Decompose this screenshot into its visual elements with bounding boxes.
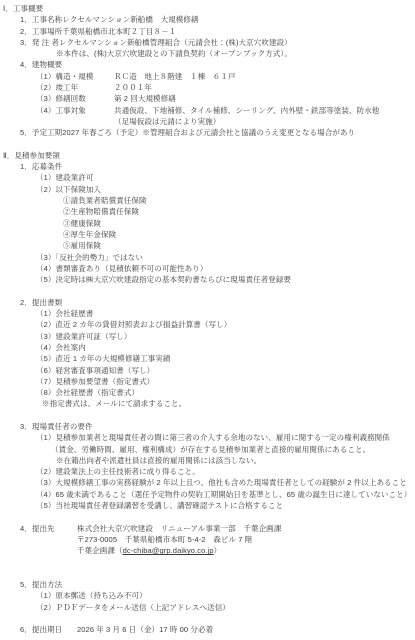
document-item: （2）直近 2 カ年の貸借対照表および損益計算書（写し） [0,319,415,330]
line-text: 2．提出書類 [20,298,62,307]
email-link[interactable]: dc-chiba@grp.daikyo.co.jp [123,546,214,555]
requirement-item: （4）65 歳未満であること（選任予定物件の契約工期開始日を基準とし、65 歳の… [0,489,415,500]
line-text: 4．建物概要 [20,60,62,69]
condition-item: （5）決定時は㈱大京穴吹建設指定の基本契約書ならびに現場責任者登録要 [0,274,415,285]
line-text: 1．応募条件 [20,162,62,171]
structure-line: （1）構造・規模ＲＣ造 地上８階建 １棟 ６１戸 [0,71,415,82]
blank-line [0,285,415,296]
blank-line [0,511,415,522]
line-text: レクセルマンション新船橋 大規模修繕 [62,15,198,24]
line-text: ④厚生年金保険 [63,230,116,239]
project-location-line: 2．工事場所千葉県船橋市北本町２丁目８－１ [0,26,415,37]
blank-line [0,568,415,579]
line-label: 1．工事名称 [20,14,62,25]
requirement-item: （1）見積参加業者と現場責任者の間に第三者の介入する余地のない、雇用に関する一定… [0,432,415,443]
line-label: 3．発 注 者 [20,37,59,48]
heading-section-1: Ⅰ．工事概要 [0,3,415,14]
postal-address-line: 〒273-0005 千葉県船橋市本町 5-4-2 森ビル 7 階 [0,534,415,545]
line-label: （2）竣工年 [36,82,114,93]
line-text: （足場仮設は元請により実施） [114,117,220,126]
document-item: （6）経営審査事項通知書（写し） [0,365,415,376]
line-text: （3）「反社会的勢力」ではない [36,253,143,262]
line-text: ③健康保険 [63,219,101,228]
line-text: （3）建設業許可証（写し） [36,332,131,341]
line-text: ※在籍出向者や派遣社員は直接的雇用関係には該当しない。 [56,456,261,465]
line-label: （4）工事対象 [36,105,114,116]
line-text: （1）原本郵送（持ち込み不可） [36,591,147,600]
line-text: レクセルマンション新船橋管理組合（元請会社：(株)大京穴吹建設） [59,38,292,47]
line-text: （1）建設業許可 [36,173,93,182]
line-text: 5．提出方法 [20,580,62,589]
completion-year-line: （2）竣工年２００１年 [0,82,415,93]
line-label: 6．提出期日 [20,624,77,635]
line-label: 5．予定工期 [20,127,62,138]
blank-line [0,613,415,624]
orderer-note-line: ※本件は、(株)大京穴吹建設との下請負契約（オープンブック方式）。 [0,48,415,59]
line-text: （2）建設業法上の主任技術者に成り得ること。 [36,467,200,476]
insurance-item: ③健康保険 [0,218,415,229]
method-item: （1）原本郵送（持ち込み不可） [0,590,415,601]
document-note-line: ※指定書式は、メールにて請求すること。 [0,398,415,409]
insurance-item: ⑤雇用保険 [0,240,415,251]
line-text: （4）書類審査あり（見積依頼不可の可能性あり） [36,264,207,273]
requirement-item: （3）大規模修繕工事の実務経験が 2 年以上且つ、他社も含めた現場責任者としての… [0,477,415,488]
line-text: （4）65 歳未満であること（選任予定物件の契約工期開始日を基準とし、65 歳の… [36,490,411,499]
condition-item: （4）書類審査あり（見積依頼不可の可能性あり） [0,263,415,274]
document-page: Ⅰ．工事概要1．工事名称レクセルマンション新船橋 大規模修繕2．工事場所千葉県船… [0,0,415,636]
document-item: （1）会社経歴書 [0,308,415,319]
orderer-line: 3．発 注 者レクセルマンション新船橋管理組合（元請会社：(株)大京穴吹建設） [0,37,415,48]
line-text: （4）会社案内 [36,343,86,352]
line-text: （5）直近 1 カ年の大規模修繕工事実績 [36,354,171,363]
line-text: 第 2 回大規模修繕 [114,94,176,103]
condition-item: （2）以下保険加入 [0,184,415,195]
line-label: 2．工事場所 [20,26,62,37]
document-item: （8）会社経歴書（指定書式） [0,387,415,398]
deadline-line: 6．提出期日2026 年 3 月 6 日（金）17 時 00 分必着 [0,624,415,635]
application-conditions-heading: 1．応募条件 [0,161,415,172]
line-text: （3）大規模修繕工事の実務経験が 2 年以上且つ、他社も含めた現場責任者としての… [36,478,407,487]
submission-method-heading: 5．提出方法 [0,579,415,590]
document-item: （7）見積参加要望書（指定書式） [0,376,415,387]
heading-section-2: Ⅱ．見積参加要領 [0,150,415,161]
line-text: ） [214,546,222,555]
line-text: （2）ＰＤＦデータをメール送信（上記アドレスへ送信） [36,603,230,612]
insurance-item: ①請負業者賠償責任保険 [0,195,415,206]
line-text: 株式会社大京穴吹建設 リニューアル事業一部 千葉企画課 [77,524,281,533]
line-text: Ⅱ．見積参加要領 [3,151,60,160]
line-text: （6）経営審査事項通知書（写し） [36,366,154,375]
line-text: （7）見積参加要望書（指定書式） [36,377,154,386]
line-text: ＲＣ造 地上８階建 １棟 ６１戸 [114,72,236,81]
line-text: 2026 年 3 月 6 日（金）17 時 00 分必着 [77,625,213,634]
line-text: 千葉企画課（ [77,546,123,555]
line-text: （賃金、労働時間、雇用、権利構成）が存在する見積参加業者と直接的雇用関係にあるこ… [51,445,370,454]
line-text: 2027 年春ごろ（予定）※管理組合および元請会社と協議のうえ変更となる場合があ… [62,128,355,137]
building-overview-heading: 4．建物概要 [0,59,415,70]
condition-item: （3）「反社会的勢力」ではない [0,252,415,263]
requirement-item: （5）当社現場責任者登録講習を受講し、講習確認テストに合格すること [0,500,415,511]
line-label: （3）修繕回数 [36,93,114,104]
site-manager-heading: 3．現場責任者の要件 [0,421,415,432]
line-text: （2）以下保険加入 [36,185,101,194]
requirement-item: （2）建設業法上の主任技術者に成り得ること。 [0,466,415,477]
line-text: （2）直近 2 カ年の貸借対照表および損益計算書（写し） [36,320,231,329]
insurance-item: ④厚生年金保険 [0,229,415,240]
line-text: ②生産物賠償責任保険 [63,207,139,216]
line-text: ⑤雇用保険 [63,241,101,250]
line-text: 千葉県船橋市北本町２丁目８－１ [62,27,176,36]
line-text: Ⅰ．工事概要 [3,4,43,13]
document-item: （5）直近 1 カ年の大規模修繕工事実績 [0,353,415,364]
line-text: （8）会社経歴書（指定書式） [36,388,139,397]
line-text: （5）決定時は㈱大京穴吹建設指定の基本契約書ならびに現場責任者登録要 [36,275,291,284]
blank-line [0,410,415,421]
line-text: ※指定書式は、メールにて請求すること。 [42,399,186,408]
requirement-note-line: ※在籍出向者や派遣社員は直接的雇用関係には該当しない。 [0,455,415,466]
line-label: 4．提出先 [20,523,77,534]
line-text: ２００１年 [114,83,152,92]
document-item: （3）建設業許可証（写し） [0,331,415,342]
work-scope-note-line: （足場仮設は元請により実施） [0,116,415,127]
line-text: ※本件は、(株)大京穴吹建設との下請負契約（オープンブック方式）。 [56,49,292,58]
line-label: （1）構造・規模 [36,71,114,82]
schedule-line: 5．予定工期2027 年春ごろ（予定）※管理組合および元請会社と協議のうえ変更と… [0,127,415,138]
requirement-continuation-line: （賃金、労働時間、雇用、権利構成）が存在する見積参加業者と直接的雇用関係にあるこ… [0,444,415,455]
insurance-item: ②生産物賠償責任保険 [0,206,415,217]
method-item: （2）ＰＤＦデータをメール送信（上記アドレスへ送信） [0,602,415,613]
repair-count-line: （3）修繕回数第 2 回大規模修繕 [0,93,415,104]
email-line: 千葉企画課（dc-chiba@grp.daikyo.co.jp） [0,545,415,556]
work-scope-line: （4）工事対象共通仮設、下地補修、タイル補修、シーリング、内外壁・鉄部等塗装、防… [0,105,415,116]
line-text: （5）当社現場責任者登録講習を受講し、講習確認テストに合格すること [36,501,283,510]
line-text: 共通仮設、下地補修、タイル補修、シーリング、内外壁・鉄部等塗装、防水他 [114,106,379,115]
project-name-line: 1．工事名称レクセルマンション新船橋 大規模修繕 [0,14,415,25]
submission-address-line: 4．提出先株式会社大京穴吹建設 リニューアル事業一部 千葉企画課 [0,523,415,534]
condition-item: （1）建設業許可 [0,172,415,183]
line-text: ①請負業者賠償責任保険 [63,196,147,205]
blank-line [0,139,415,150]
line-text: （1）見積参加業者と現場責任者の間に第三者の介入する余地のない、雇用に関する一定… [36,433,390,442]
line-text: 〒273-0005 千葉県船橋市本町 5-4-2 森ビル 7 階 [77,535,252,544]
line-text: （1）会社経歴書 [36,309,93,318]
blank-line [0,557,415,568]
document-item: （4）会社案内 [0,342,415,353]
line-text: 3．現場責任者の要件 [20,422,93,431]
submit-documents-heading: 2．提出書類 [0,297,415,308]
